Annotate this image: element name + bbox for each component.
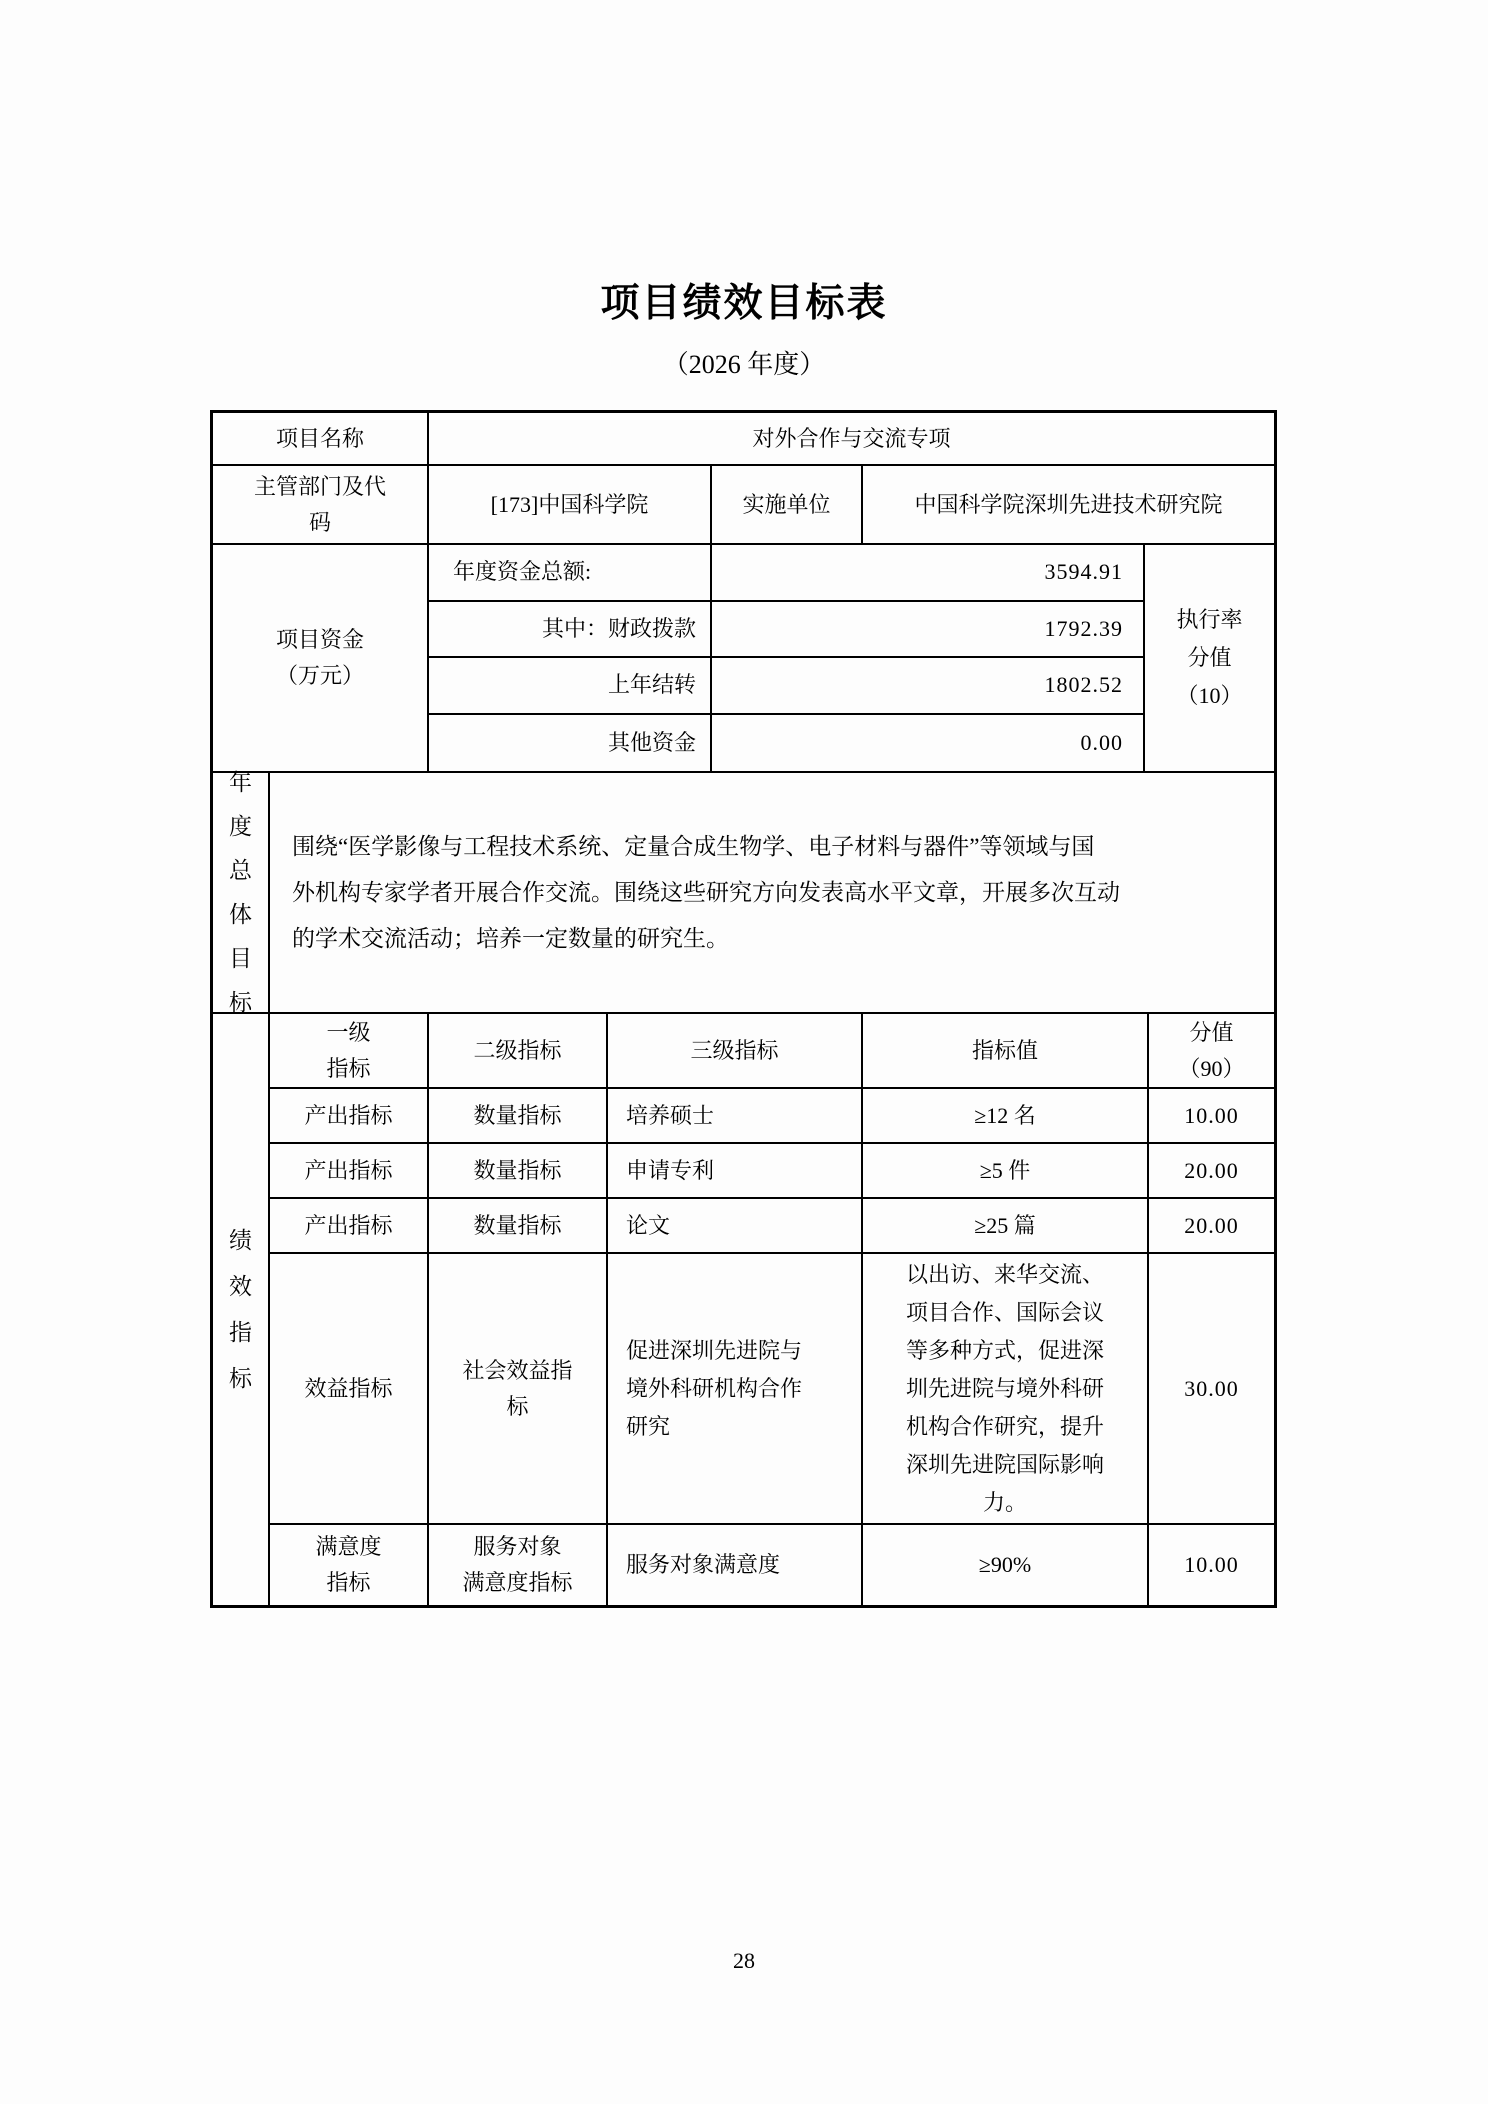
row1-level3: 培养硕士: [608, 1089, 863, 1142]
header-score: 分值 （90）: [1149, 1014, 1274, 1087]
row4-value: 以出访、来华交流、 项目合作、国际会议 等多种方式，促进深 圳先进院与境外科研 …: [863, 1254, 1149, 1523]
funds-row-other: 其他资金 0.00: [429, 715, 1143, 771]
row5-level3: 服务对象满意度: [608, 1525, 863, 1605]
funds-row-total: 年度资金总额: 3594.91: [429, 545, 1143, 602]
indicator-row: 产出指标 数量指标 论文 ≥25 篇 20.00: [270, 1199, 1274, 1254]
row4-level3: 促进深圳先进院与 境外科研机构合作 研究: [608, 1254, 863, 1523]
department-value: [173]中国科学院: [429, 466, 712, 543]
performance-target-table: 项目名称 对外合作与交流专项 主管部门及代 码 [173]中国科学院 实施单位 …: [210, 410, 1277, 1608]
funds-other-label: 其他资金: [429, 715, 712, 771]
row2-level1: 产出指标: [270, 1144, 429, 1197]
header-level2: 二级指标: [429, 1014, 608, 1087]
row2-level2: 数量指标: [429, 1144, 608, 1197]
row3-level3: 论文: [608, 1199, 863, 1252]
row4-score: 30.00: [1149, 1254, 1274, 1523]
indicator-row: 产出指标 数量指标 培养硕士 ≥12 名 10.00: [270, 1089, 1274, 1144]
funds-total-value: 3594.91: [712, 545, 1143, 600]
row3-score: 20.00: [1149, 1199, 1274, 1252]
row3-value: ≥25 篇: [863, 1199, 1149, 1252]
row2-score: 20.00: [1149, 1144, 1274, 1197]
row3-level2: 数量指标: [429, 1199, 608, 1252]
project-name-value: 对外合作与交流专项: [429, 413, 1274, 464]
row5-score: 10.00: [1149, 1525, 1274, 1605]
funds-carryover-value: 1802.52: [712, 658, 1143, 713]
row2-level3: 申请专利: [608, 1144, 863, 1197]
implementing-unit-label: 实施单位: [712, 466, 863, 543]
indicators-label: 绩 效 指 标: [213, 1014, 270, 1605]
department-label: 主管部门及代 码: [213, 466, 429, 543]
funds-fiscal-value: 1792.39: [712, 602, 1143, 657]
department-row: 主管部门及代 码 [173]中国科学院 实施单位 中国科学院深圳先进技术研究院: [213, 466, 1274, 545]
annual-goal-label: 年 度 总 体 目 标: [213, 773, 270, 1012]
row4-level2: 社会效益指 标: [429, 1254, 608, 1523]
funds-total-label: 年度资金总额:: [429, 545, 712, 600]
funds-fiscal-label: 其中：财政拨款: [429, 602, 712, 657]
indicator-row: 产出指标 数量指标 申请专利 ≥5 件 20.00: [270, 1144, 1274, 1199]
header-level1: 一级 指标: [270, 1014, 429, 1087]
indicator-row: 满意度 指标 服务对象 满意度指标 服务对象满意度 ≥90% 10.00: [270, 1525, 1274, 1605]
row1-level1: 产出指标: [270, 1089, 429, 1142]
row2-value: ≥5 件: [863, 1144, 1149, 1197]
row1-score: 10.00: [1149, 1089, 1274, 1142]
row5-level2: 服务对象 满意度指标: [429, 1525, 608, 1605]
annual-goal-text: 围绕“医学影像与工程技术系统、定量合成生物学、电子材料与器件”等领域与国 外机构…: [270, 773, 1274, 1012]
row4-level1: 效益指标: [270, 1254, 429, 1523]
annual-goal-section: 年 度 总 体 目 标 围绕“医学影像与工程技术系统、定量合成生物学、电子材料与…: [213, 773, 1274, 1014]
row5-level1: 满意度 指标: [270, 1525, 429, 1605]
funds-section: 项目资金 （万元） 年度资金总额: 3594.91 其中：财政拨款 1792.3…: [213, 545, 1274, 773]
indicators-body: 一级 指标 二级指标 三级指标 指标值 分值 （90） 产出指标 数量指标 培养…: [270, 1014, 1274, 1605]
project-name-label: 项目名称: [213, 413, 429, 464]
funds-label: 项目资金 （万元）: [213, 545, 429, 771]
row5-value: ≥90%: [863, 1525, 1149, 1605]
project-name-row: 项目名称 对外合作与交流专项: [213, 413, 1274, 466]
document-page: 项目绩效目标表 （2026 年度） 项目名称 对外合作与交流专项 主管部门及代 …: [0, 0, 1488, 2104]
indicator-row: 效益指标 社会效益指 标 促进深圳先进院与 境外科研机构合作 研究 以出访、来华…: [270, 1254, 1274, 1525]
page-title: 项目绩效目标表: [0, 272, 1488, 328]
execution-rate-score-label: 执行率 分值 （10）: [1143, 545, 1274, 771]
funds-row-fiscal: 其中：财政拨款 1792.39: [429, 602, 1143, 659]
page-number: 28: [0, 1948, 1488, 1974]
header-value: 指标值: [863, 1014, 1149, 1087]
funds-rows: 年度资金总额: 3594.91 其中：财政拨款 1792.39 上年结转 180…: [429, 545, 1143, 771]
indicators-header-row: 一级 指标 二级指标 三级指标 指标值 分值 （90）: [270, 1014, 1274, 1089]
funds-row-carryover: 上年结转 1802.52: [429, 658, 1143, 715]
row1-value: ≥12 名: [863, 1089, 1149, 1142]
header-level3: 三级指标: [608, 1014, 863, 1087]
implementing-unit-value: 中国科学院深圳先进技术研究院: [863, 466, 1274, 543]
funds-carryover-label: 上年结转: [429, 658, 712, 713]
page-subtitle: （2026 年度）: [0, 344, 1488, 381]
row3-level1: 产出指标: [270, 1199, 429, 1252]
funds-other-value: 0.00: [712, 715, 1143, 771]
row1-level2: 数量指标: [429, 1089, 608, 1142]
indicators-section: 绩 效 指 标 一级 指标 二级指标 三级指标 指标值 分值 （90） 产出指标…: [213, 1014, 1274, 1605]
